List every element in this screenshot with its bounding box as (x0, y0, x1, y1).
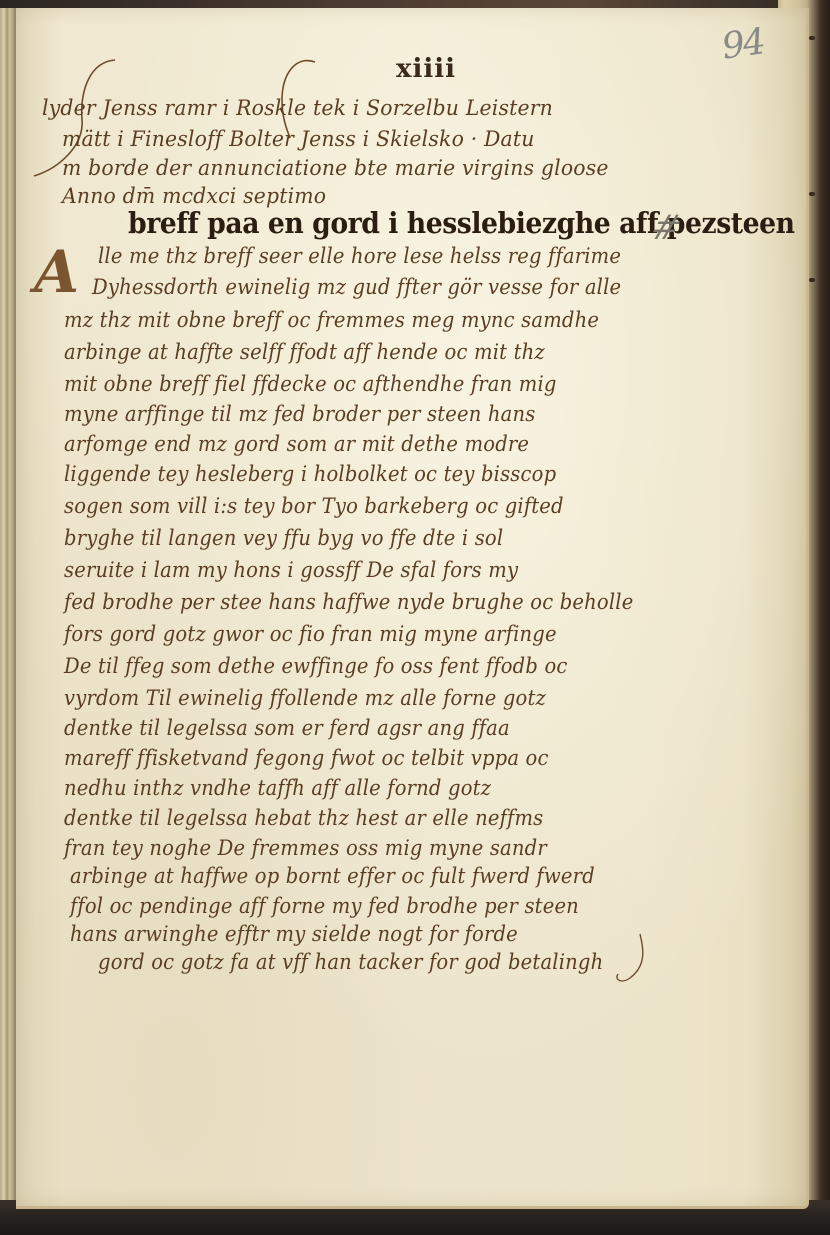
text-line: arbinge at haffte selff ffodt aff hende … (64, 340, 545, 364)
text-line: myne arffinge til mz fed broder per stee… (64, 402, 535, 426)
text-line: bryghe til langen vey ffu byg vo ffe dte… (64, 526, 503, 550)
text-line: vyrdom Til ewinelig ffollende mz alle fo… (64, 686, 546, 710)
text-line: De til ffeg som dethe ewffinge fo oss fe… (64, 654, 568, 678)
text-line: hans arwinghe efftr my sielde nogt for f… (70, 922, 518, 946)
text-line: liggende tey hesleberg i holbolket oc te… (64, 462, 556, 486)
text-line: sogen som vill i:s tey bor Tyo barkeberg… (64, 494, 564, 518)
text-line: gord oc gotz fa at vff han tacker for go… (98, 950, 603, 974)
text-line: seruite i lam my hons i gossff De sfal f… (64, 558, 518, 582)
text-line: lle me thz breff seer elle hore lese hel… (98, 244, 621, 268)
text-line: arfomge end mz gord som ar mit dethe mod… (64, 432, 529, 456)
text-line: Dyhessdorth ewinelig mz gud ffter gör ve… (92, 275, 621, 299)
text-line: ffol oc pendinge aff forne my fed brodhe… (70, 894, 579, 918)
text-line: fran tey noghe De fremmes oss mig myne s… (64, 836, 547, 860)
text-line: dentke til legelssa hebat thz hest ar el… (64, 806, 543, 830)
text-line: dentke til legelssa som er ferd agsr ang… (64, 716, 510, 740)
text-line: fed brodhe per stee hans haffwe nyde bru… (64, 590, 633, 614)
text-line: mareff ffisketvand fegong fwot oc telbit… (64, 746, 549, 770)
text-line: fors gord gotz gwor oc fio fran mig myne… (64, 622, 557, 646)
text-line: mz thz mit obne breff oc fremmes meg myn… (64, 308, 599, 332)
text-line: nedhu inthz vndhe taffh aff alle fornd g… (64, 776, 491, 800)
text-line: mit obne breff fiel ffdecke oc afthendhe… (64, 372, 557, 396)
entry-body: lle me thz breff seer elle hore lese hel… (0, 0, 830, 1235)
text-line: arbinge at haffwe op bornt effer oc fult… (70, 864, 595, 888)
